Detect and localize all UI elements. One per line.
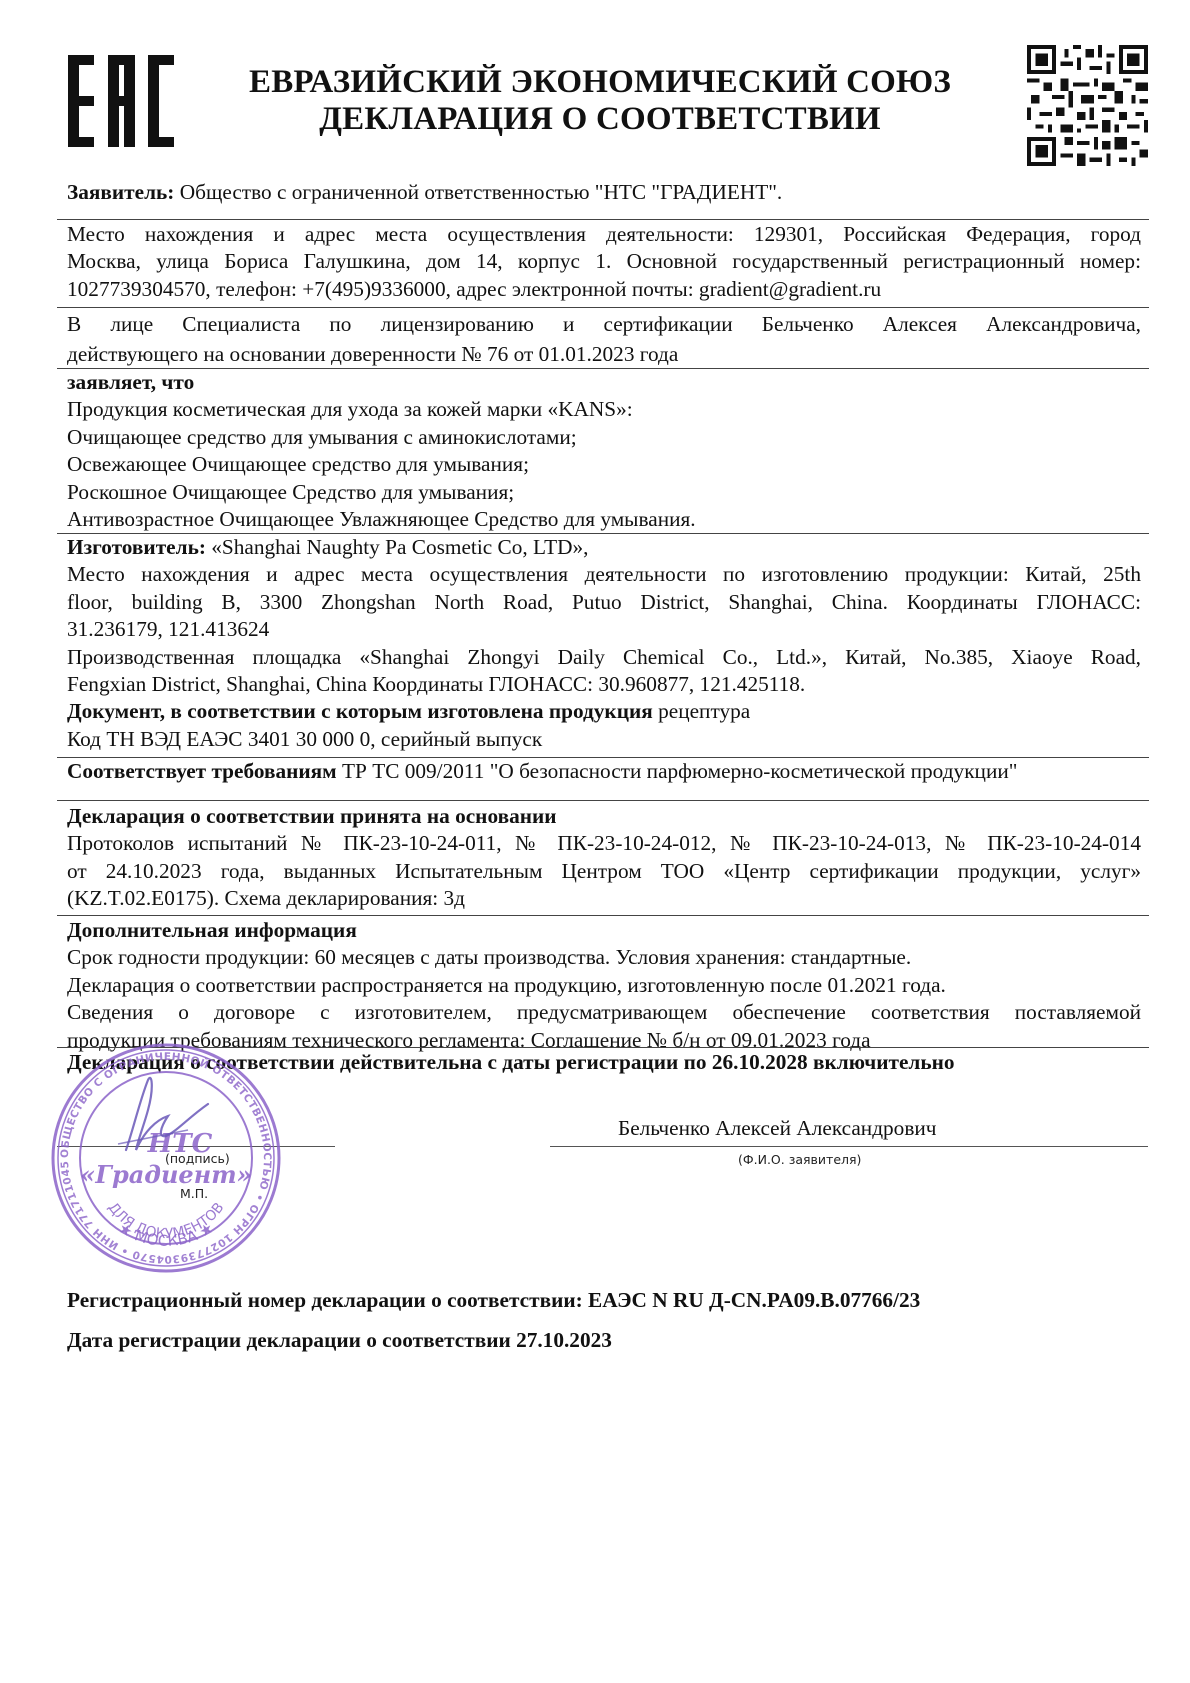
text-line: floor, building B, 3300 Zhongshan North … [67,589,1141,616]
basis-section: Декларация о соответствии принята на осн… [67,803,1141,913]
text-line: 1027739304570, телефон: +7(495)9336000, … [67,276,1141,303]
eac-logo-icon [68,55,174,147]
text-line: Протоколов испытаний № ПК-23-10-24-011, … [67,830,1141,857]
declares-section: заявляет, что Продукция косметическая дл… [67,369,1141,533]
applicant-representative: В лице Специалиста по лицензированию и с… [67,309,1141,369]
company-stamp-icon: ОБЩЕСТВО С ОГРАНИЧЕННОЙ ОТВЕТСТВЕННОСТЬЮ… [48,1040,284,1276]
conformity-row: Соответствует требованиям ТР ТС 009/2011… [67,758,1141,785]
additional-label: Дополнительная информация [67,917,1141,944]
applicant-label: Заявитель: [67,180,174,204]
name-line [550,1146,1148,1147]
text-line: Место нахождения и адрес места осуществл… [67,561,1141,588]
text-line: (KZ.T.02.E0175). Схема декларирования: 3… [67,885,1141,912]
divider [57,800,1149,801]
document-value: рецептура [653,699,750,723]
text-line: Fengxian District, Shanghai, China Коорд… [67,671,1141,698]
hs-code-line: Код ТН ВЭД ЕАЭС 3401 30 000 0, серийный … [67,726,1141,753]
signatory-name: Бельченко Алексей Александрович [618,1116,937,1141]
applicant-address: Место нахождения и адрес места осуществл… [67,221,1141,303]
qr-code-icon[interactable] [1027,45,1148,166]
product-line: Продукция косметическая для ухода за кож… [67,396,1141,423]
text-line: Декларация о соответствии распространяет… [67,972,1141,999]
product-line: Освежающее Очищающее средство для умыван… [67,451,1141,478]
product-line: Роскошное Очищающее Средство для умывани… [67,479,1141,506]
registration-number: Регистрационный номер декларации о соотв… [67,1288,920,1313]
manufacturer-value: «Shanghai Naughty Pa Cosmetic Co, LTD», [206,535,589,559]
text-line: Срок годности продукции: 60 месяцев с да… [67,944,1141,971]
product-line: Антивозрастное Очищающее Увлажняющее Сре… [67,506,1141,533]
basis-label: Декларация о соответствии принята на осн… [67,803,1141,830]
text-line: Сведения о договоре с изготовителем, пре… [67,999,1141,1026]
svg-text:НТС: НТС [147,1129,213,1159]
applicant-value: Общество с ограниченной ответственностью… [174,180,782,204]
svg-text:★ МОСКВА ★: ★ МОСКВА ★ [115,1219,216,1250]
product-line: Очищающее средство для умывания с аминок… [67,424,1141,451]
manufacturer-section: Изготовитель: «Shanghai Naughty Pa Cosme… [67,534,1141,753]
title-line-2: ДЕКЛАРАЦИЯ О СООТВЕТСТВИИ [230,101,970,138]
text-line: Производственная площадка «Shanghai Zhon… [67,644,1141,671]
text-line: действующего на основании доверенности №… [67,339,1141,369]
text-line: 31.236179, 121.413624 [67,616,1141,643]
manufacturer-label: Изготовитель: [67,535,206,559]
svg-text:«Градиент»: «Градиент» [80,1160,251,1189]
conformity-value: ТР ТС 009/2011 "О безопасности парфюмерн… [337,759,1018,783]
divider [57,219,1149,220]
title-line-1: ЕВРАЗИЙСКИЙ ЭКОНОМИЧЕСКИЙ СОЮЗ [230,64,970,101]
declares-label: заявляет, что [67,369,1141,396]
registration-date: Дата регистрации декларации о соответств… [67,1328,612,1353]
name-caption: (Ф.И.О. заявителя) [738,1152,861,1167]
document-label: Документ, в соответствии с которым изгот… [67,699,653,723]
text-line: Место нахождения и адрес места осуществл… [67,221,1141,248]
applicant-row: Заявитель: Общество с ограниченной ответ… [67,179,1141,206]
text-line: В лице Специалиста по лицензированию и с… [67,309,1141,339]
text-line: от 24.10.2023 года, выданных Испытательн… [67,858,1141,885]
text-line: Москва, улица Бориса Галушкина, дом 14, … [67,248,1141,275]
conformity-label: Соответствует требованиям [67,759,337,783]
additional-section: Дополнительная информация Срок годности … [67,917,1141,1054]
page-title: ЕВРАЗИЙСКИЙ ЭКОНОМИЧЕСКИЙ СОЮЗ ДЕКЛАРАЦИ… [230,64,970,138]
divider [57,307,1149,308]
divider [57,915,1149,916]
